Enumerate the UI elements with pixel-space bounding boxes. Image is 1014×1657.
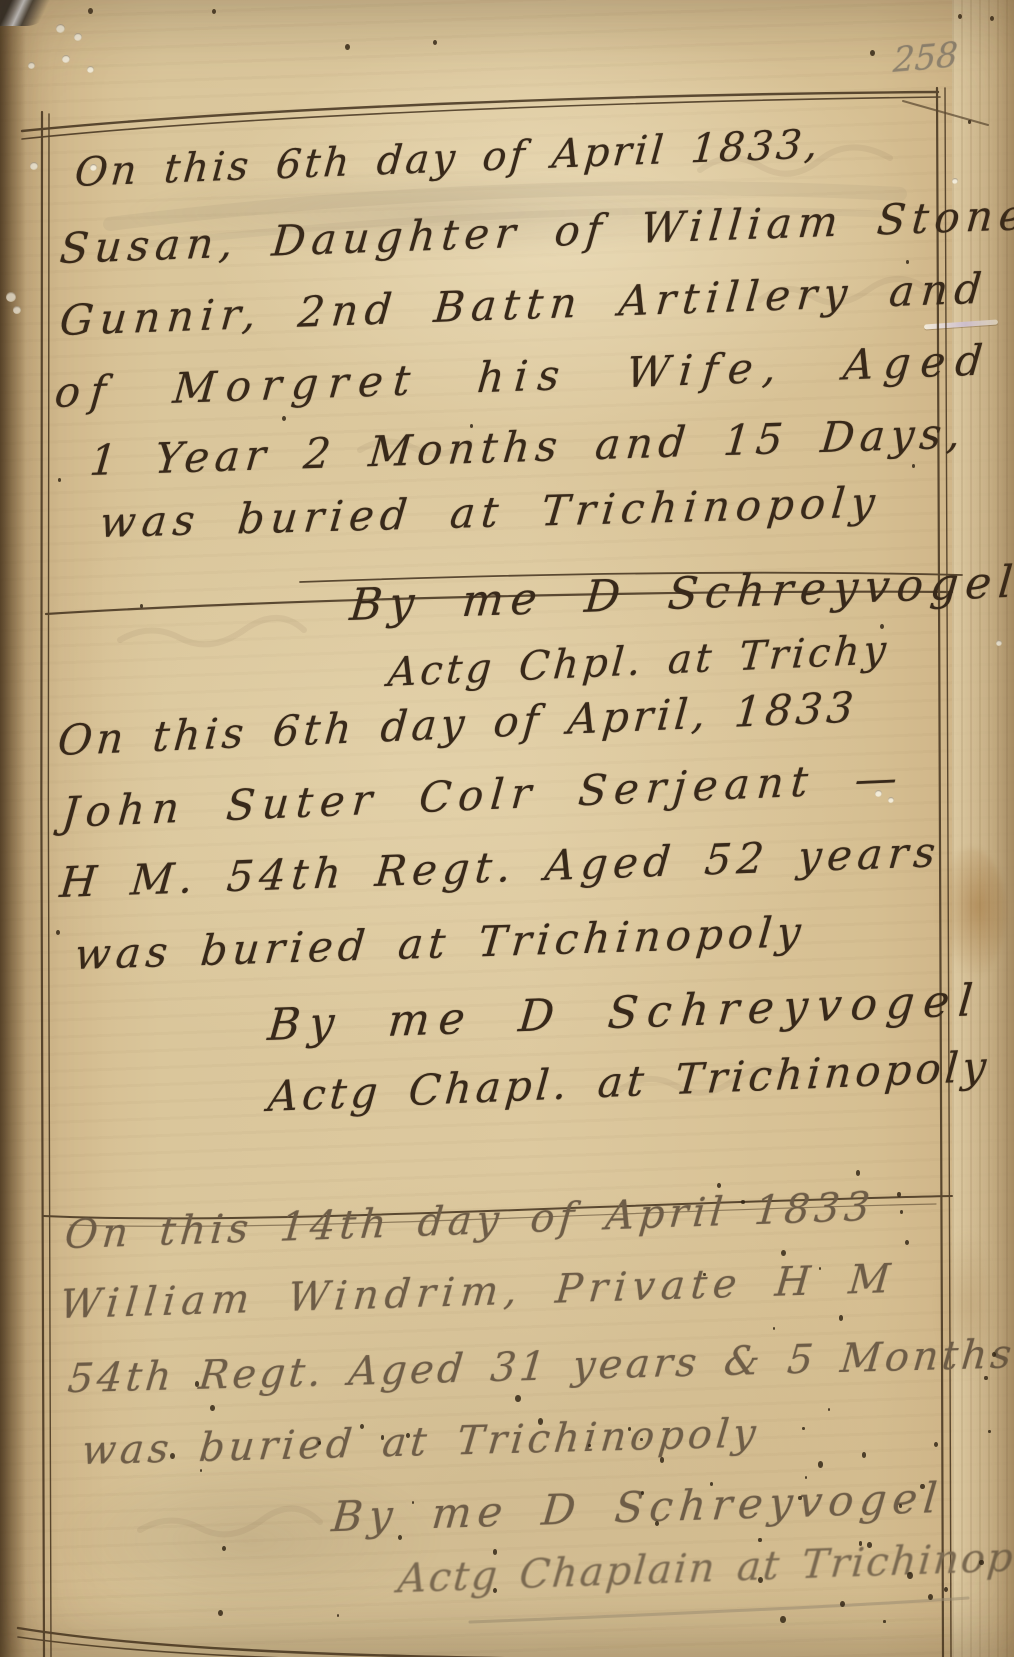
ink-dot [773,1327,775,1330]
worm-hole [30,162,38,170]
ink-dot [988,1430,991,1433]
ink-dot [979,1560,983,1565]
worm-hole [888,797,894,803]
ink-dot [781,1250,786,1256]
entry-3-signature-line-2: Actg Chaplain at Trichinopoly [396,1532,1014,1602]
stain [60,1460,440,1620]
bottom-rule [18,1637,430,1657]
ink-dot [912,464,915,468]
entry-3-signature-line-1: By me D Schreyvogel [330,1473,945,1541]
worm-hole [6,292,16,302]
ink-dot [900,1210,903,1214]
entry-2-signature-line-1: By me D Schreyvogel [266,975,984,1051]
entry-2-line-4: was buried at Trichinopoly [73,907,808,979]
book-corner-glint [0,0,52,26]
ink-dot [944,1587,948,1592]
worm-hole [56,24,65,33]
ink-dot [660,1457,664,1462]
ink-dot [920,1484,924,1489]
ink-dot [212,9,216,14]
ink-dot [862,1452,866,1457]
ink-dot [655,1521,659,1526]
ink-dot [210,1405,215,1411]
worm-hole [90,164,97,171]
worm-hole [28,62,35,69]
entry-1-line-5: 1 Year 2 Months and 15 Days, [88,408,968,485]
burial-register-page: 258 On this 6th day of April 1833, Susan… [0,0,1014,1657]
ink-dot [984,1376,988,1380]
entry-2-line-1: On this 6th day of April, 1833 [56,682,859,765]
entry-3-line-4: was buried at Trichinopoly [80,1410,762,1474]
ink-dot [802,1427,804,1430]
book-gutter-shadow [0,0,26,1657]
worm-hole [74,33,82,41]
entry-1-line-3: Gunnir, 2nd Battn Artillery and [58,264,990,346]
ink-dot [218,1610,223,1616]
ink-dot [818,1461,823,1468]
ink-dot [840,1601,845,1607]
ink-dot [780,1616,785,1623]
entry-3-line-3: 54th Regt. Aged 31 years & 5 Months [66,1331,1014,1402]
ink-dot [56,930,60,935]
entry-1-line-2: Susan, Daughter of William Stone [58,190,1014,273]
entry-1-line-1: On this 6th day of April 1833, [73,121,822,196]
ghost-writing [120,618,304,644]
ink-dot [934,1442,938,1447]
worm-hole [62,55,70,63]
ink-dot [992,1352,996,1357]
ink-dot [905,1240,909,1245]
page-edge-strip [952,0,1014,1657]
ink-dot [618,148,622,153]
entry-3-line-2: William Windrim, Private H M [58,1256,898,1328]
ink-dot [470,424,473,428]
entry-1-signature-line-1: By me D Schreyvogel [348,557,1014,632]
ink-dot [58,478,61,482]
entry-1-line-6: was buried at Trichinopoly [98,477,883,547]
worm-hole [952,178,958,184]
ink-dot [515,1395,521,1402]
ink-dot [140,604,143,608]
entry-1-line-4: of Morgret his Wife, Aged [53,335,995,417]
ink-dot [741,1200,745,1205]
ink-dot [968,120,971,124]
worm-hole [87,66,94,73]
ink-dot [703,1273,705,1276]
ink-dot [538,1418,543,1425]
ink-dot [641,1491,644,1495]
ink-dot [758,1538,762,1542]
ink-dot [282,416,286,421]
worm-hole [13,306,21,314]
entry-2-line-2: John Suter Colr Serjeant — [60,753,906,837]
entry-3-line-1: On this 14th day of April 1833 [63,1184,876,1258]
left-rule [41,112,44,1657]
ink-dot [867,1542,871,1548]
worm-hole [875,790,882,797]
ink-dot [897,1192,901,1197]
pencil-line [470,1598,968,1622]
ink-dot [928,1594,933,1600]
ink-dot [798,1496,801,1500]
ink-dot [958,14,962,19]
ink-dot [222,1546,226,1551]
page-number: 258 [892,35,959,81]
ink-dot [398,1535,402,1540]
ink-dot [200,1469,203,1472]
ink-dot [345,44,350,50]
entry-2-signature-line-2: Actg Chapl. at Trichinopoly [266,1042,992,1121]
bottom-rule [18,1628,560,1657]
ink-dot [883,1620,885,1623]
ink-dot [990,16,994,21]
ink-dot [337,1614,339,1617]
ink-dot [433,40,437,45]
ghost-writing [140,1508,320,1534]
ink-dot [870,50,875,56]
ink-dot [88,8,93,14]
ink-dot [880,624,884,629]
ink-dot [856,1170,861,1176]
ink-dot [906,260,909,264]
worm-hole [996,640,1002,646]
ink-dot [717,1183,721,1188]
left-rule [48,114,51,1657]
ink-dot [839,1315,844,1321]
ink-dot [828,1408,830,1411]
entry-2-line-3: H M. 54th Regt. Aged 52 years [58,827,943,907]
ink-dot [758,1577,763,1584]
